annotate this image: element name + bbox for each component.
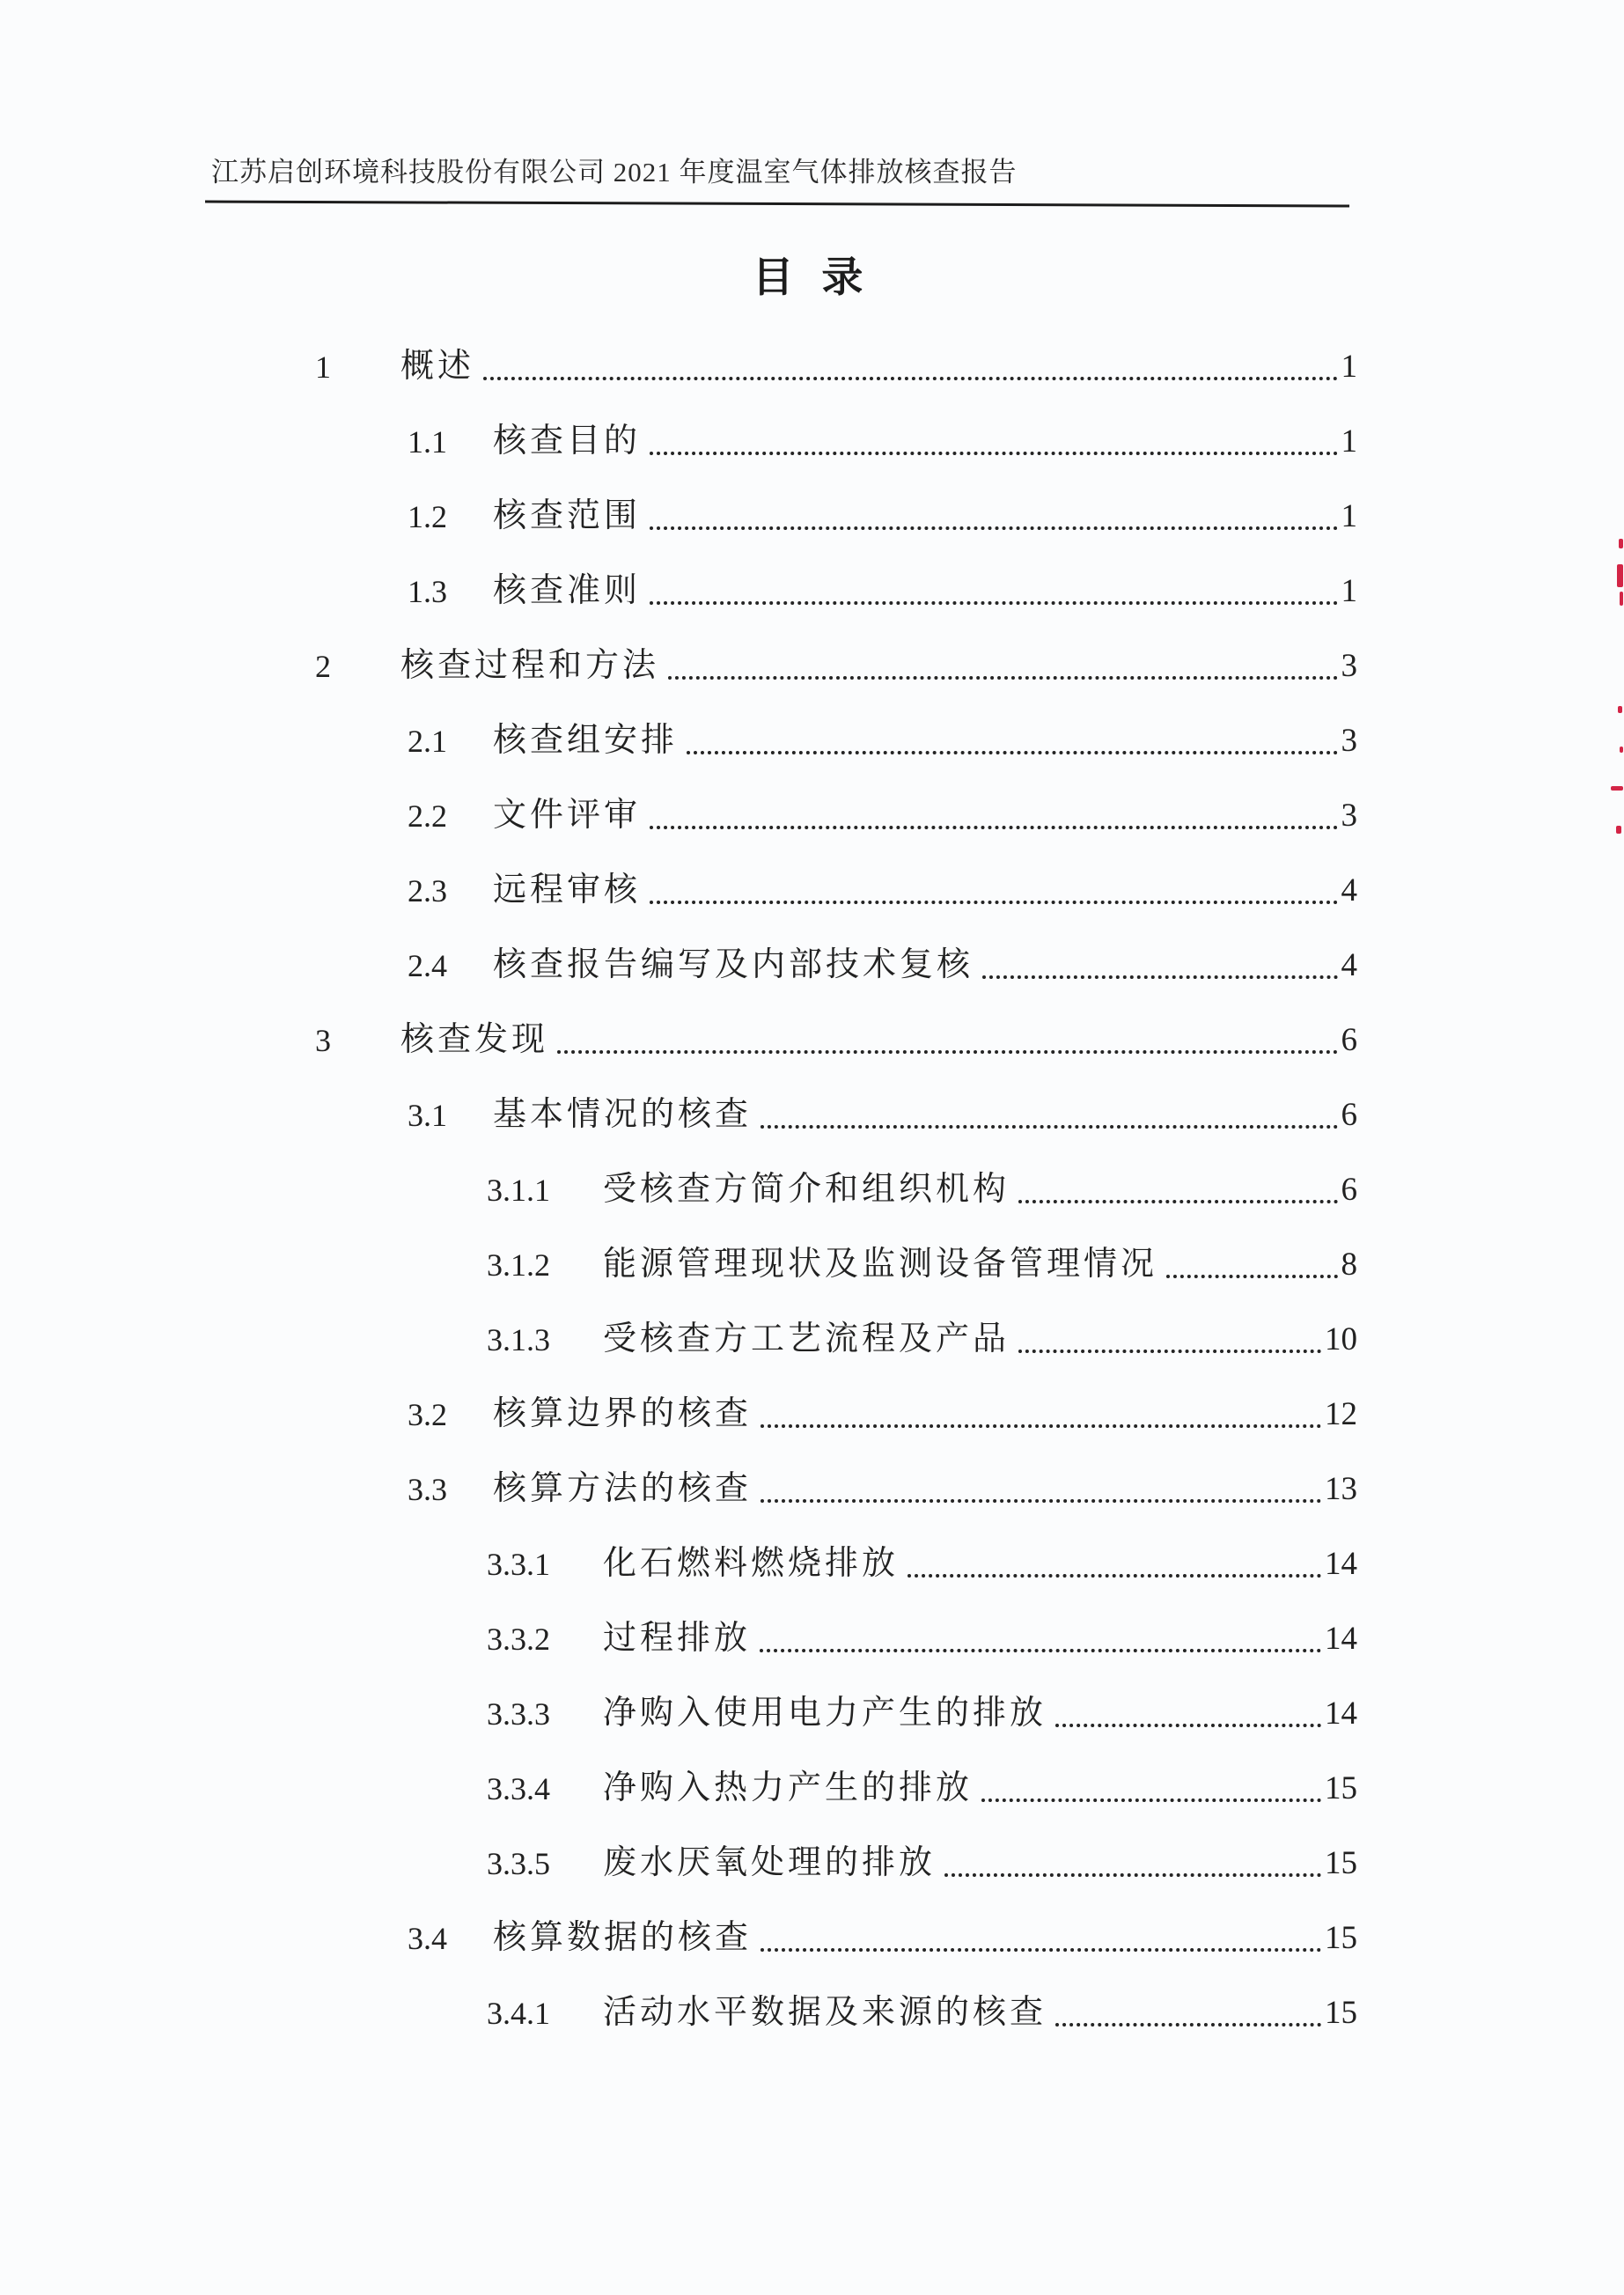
red-ink-speck <box>1611 786 1623 791</box>
toc-entry-label: 核查发现 <box>400 1023 548 1072</box>
toc-entry-page: 1 <box>1341 350 1358 399</box>
toc-entry-number: 3.4.1 <box>487 1997 603 2045</box>
toc-entry-page: 14 <box>1325 1548 1357 1596</box>
toc-entry: 2.1 核查组安排 3 <box>408 698 1357 773</box>
header-rule <box>205 201 1349 208</box>
toc-entry-number: 3.1.2 <box>487 1249 603 1297</box>
toc-entry-number: 3.3.2 <box>487 1623 603 1671</box>
toc-entry-label: 核查范围 <box>493 499 641 548</box>
red-ink-speck <box>1620 747 1623 753</box>
toc-entry-number: 3.3 <box>408 1474 493 1521</box>
toc-entry: 3.3.4 净购入热力产生的排放 15 <box>487 1746 1357 1821</box>
toc-entry-page: 10 <box>1325 1323 1357 1372</box>
toc-entry-number: 3.3.3 <box>487 1698 603 1746</box>
red-ink-speck <box>1617 564 1623 587</box>
toc-entry-label: 废水厌氧处理的排放 <box>603 1846 936 1895</box>
toc-entry-number: 2.1 <box>408 725 493 773</box>
toc-entry: 1.2 核查范围 1 <box>408 474 1357 548</box>
toc-entry-number: 3.1.3 <box>487 1324 603 1372</box>
toc-entry-page: 14 <box>1325 1697 1357 1746</box>
toc-entry: 2.3 远程审核 4 <box>408 848 1357 923</box>
toc-entry-label: 远程审核 <box>493 873 641 923</box>
toc-entry-label: 过程排放 <box>603 1622 751 1671</box>
toc-entry-page: 12 <box>1325 1398 1357 1446</box>
toc-entry-number: 2.2 <box>408 800 493 848</box>
dot-leader <box>981 1798 1321 1802</box>
toc-entry-label: 受核查方简介和组织机构 <box>603 1173 1010 1222</box>
toc-entry-page: 3 <box>1341 799 1358 848</box>
toc-entry: 3.3.5 废水厌氧处理的排放 15 <box>487 1821 1357 1895</box>
document-page: 江苏启创环境科技股份有限公司 2021 年度温室气体排放核查报告 目 录 1 概… <box>0 0 1624 2295</box>
toc-entry-number: 3.2 <box>408 1399 493 1446</box>
toc-entry: 1 概述 1 <box>315 324 1357 399</box>
toc-entry-label: 核查过程和方法 <box>400 649 659 698</box>
toc-entry-page: 6 <box>1341 1173 1358 1222</box>
toc-entry-page: 1 <box>1341 425 1358 474</box>
toc-entry-page: 6 <box>1341 1099 1358 1147</box>
toc-entry-page: 8 <box>1341 1248 1358 1297</box>
dot-leader <box>761 1948 1321 1952</box>
toc-entry-number: 3.1 <box>408 1100 493 1147</box>
toc-entry-label: 核查报告编写及内部技术复核 <box>493 948 974 997</box>
dot-leader <box>650 826 1337 829</box>
toc-entry-page: 15 <box>1325 1772 1357 1821</box>
toc-entry-page: 4 <box>1341 949 1358 997</box>
toc-entry-label: 净购入热力产生的排放 <box>603 1771 973 1821</box>
toc-entry-page: 13 <box>1325 1473 1357 1521</box>
toc-title: 目 录 <box>0 245 1624 304</box>
toc-entry-label: 受核查方工艺流程及产品 <box>603 1322 1010 1372</box>
toc-entry: 3.1 基本情况的核查 6 <box>408 1072 1357 1147</box>
toc-entry-label: 活动水平数据及来源的核查 <box>603 1996 1047 2045</box>
dot-leader <box>1018 1350 1321 1353</box>
toc-entry: 3.1.2 能源管理现状及监测设备管理情况 8 <box>487 1222 1357 1297</box>
toc-entry: 3.4 核算数据的核查 15 <box>408 1895 1357 1970</box>
dot-leader <box>650 601 1337 605</box>
toc-entry-label: 文件评审 <box>493 798 641 848</box>
dot-leader <box>761 1499 1321 1503</box>
toc-entry: 1.1 核查目的 1 <box>408 399 1357 474</box>
dot-leader <box>908 1574 1321 1578</box>
toc-entry: 3.3.1 化石燃料燃烧排放 14 <box>487 1521 1357 1596</box>
dot-leader <box>557 1050 1337 1054</box>
dot-leader <box>1055 2023 1321 2027</box>
toc-entry-number: 3.4 <box>408 1923 493 1970</box>
dot-leader <box>1055 1724 1321 1727</box>
toc-entry-number: 3 <box>315 1025 400 1072</box>
toc-entry-page: 15 <box>1325 1997 1357 2045</box>
toc-entry: 3.1.3 受核查方工艺流程及产品 10 <box>487 1297 1357 1372</box>
toc-entry-label: 核算数据的核查 <box>493 1921 752 1970</box>
toc-entry: 3.3.3 净购入使用电力产生的排放 14 <box>487 1671 1357 1746</box>
page-header: 江苏启创环境科技股份有限公司 2021 年度温室气体排放核查报告 <box>211 150 1018 189</box>
toc-entry: 2.2 文件评审 3 <box>408 773 1357 848</box>
dot-leader <box>760 1649 1321 1652</box>
dot-leader <box>1018 1200 1337 1203</box>
toc-entry-label: 核算方法的核查 <box>493 1472 752 1521</box>
toc-entry-label: 核查准则 <box>493 574 641 623</box>
toc-entry-page: 3 <box>1341 650 1358 698</box>
toc-entry-label: 能源管理现状及监测设备管理情况 <box>603 1247 1157 1297</box>
toc-list: 1 概述 1 1.1 核查目的 1 1.2 核查范围 1 1.3 核查准则 1 … <box>0 324 1357 2045</box>
dot-leader <box>650 901 1337 904</box>
toc-entry-number: 3.3.1 <box>487 1548 603 1596</box>
toc-entry: 2.4 核查报告编写及内部技术复核 4 <box>408 923 1357 997</box>
toc-entry: 3 核查发现 6 <box>315 997 1357 1072</box>
toc-entry-number: 2.4 <box>408 950 493 997</box>
toc-entry: 3.2 核算边界的核查 12 <box>408 1372 1357 1446</box>
toc-entry-label: 概述 <box>400 349 474 399</box>
toc-entry-number: 1.2 <box>408 501 493 548</box>
toc-entry-number: 2.3 <box>408 875 493 923</box>
toc-entry-page: 3 <box>1341 725 1358 773</box>
toc-entry: 2 核查过程和方法 3 <box>315 623 1357 698</box>
red-ink-speck <box>1620 592 1623 606</box>
toc-entry: 1.3 核查准则 1 <box>408 548 1357 623</box>
toc-entry: 3.3 核算方法的核查 13 <box>408 1446 1357 1521</box>
toc-entry-page: 1 <box>1341 575 1358 623</box>
toc-entry: 3.3.2 过程排放 14 <box>487 1596 1357 1671</box>
red-ink-speck <box>1616 826 1621 834</box>
toc-entry-label: 核查目的 <box>493 424 641 474</box>
dot-leader <box>668 676 1337 680</box>
dot-leader <box>761 1125 1337 1129</box>
red-ink-speck <box>1618 706 1622 713</box>
toc-entry-page: 4 <box>1341 874 1358 923</box>
toc-entry-label: 核查组安排 <box>493 724 678 773</box>
dot-leader <box>944 1873 1321 1877</box>
toc-entry-label: 净购入使用电力产生的排放 <box>603 1696 1047 1746</box>
toc-entry-label: 核算边界的核查 <box>493 1397 752 1446</box>
toc-entry-number: 3.1.1 <box>487 1174 603 1222</box>
toc-entry-number: 1.3 <box>408 576 493 623</box>
toc-entry-number: 2 <box>315 651 400 698</box>
toc-entry-label: 基本情况的核查 <box>493 1098 752 1147</box>
toc-entry-number: 1.1 <box>408 426 493 474</box>
toc-entry-number: 3.3.5 <box>487 1848 603 1895</box>
toc-entry-page: 14 <box>1325 1622 1357 1671</box>
toc-entry: 3.4.1 活动水平数据及来源的核查 15 <box>487 1970 1357 2045</box>
toc-entry-number: 3.3.4 <box>487 1773 603 1821</box>
dot-leader <box>982 975 1337 979</box>
toc-entry-label: 化石燃料燃烧排放 <box>603 1547 899 1596</box>
toc-entry: 3.1.1 受核查方简介和组织机构 6 <box>487 1147 1357 1222</box>
dot-leader <box>761 1424 1321 1428</box>
red-ink-speck <box>1619 539 1623 548</box>
dot-leader <box>650 526 1337 530</box>
toc-entry-page: 15 <box>1325 1847 1357 1895</box>
dot-leader <box>483 377 1337 380</box>
toc-entry-page: 6 <box>1341 1024 1358 1072</box>
dot-leader <box>650 452 1337 455</box>
dot-leader <box>1166 1275 1337 1278</box>
toc-entry-page: 15 <box>1325 1922 1357 1970</box>
toc-entry-page: 1 <box>1341 500 1358 548</box>
dot-leader <box>687 751 1337 754</box>
toc-entry-number: 1 <box>315 351 400 399</box>
